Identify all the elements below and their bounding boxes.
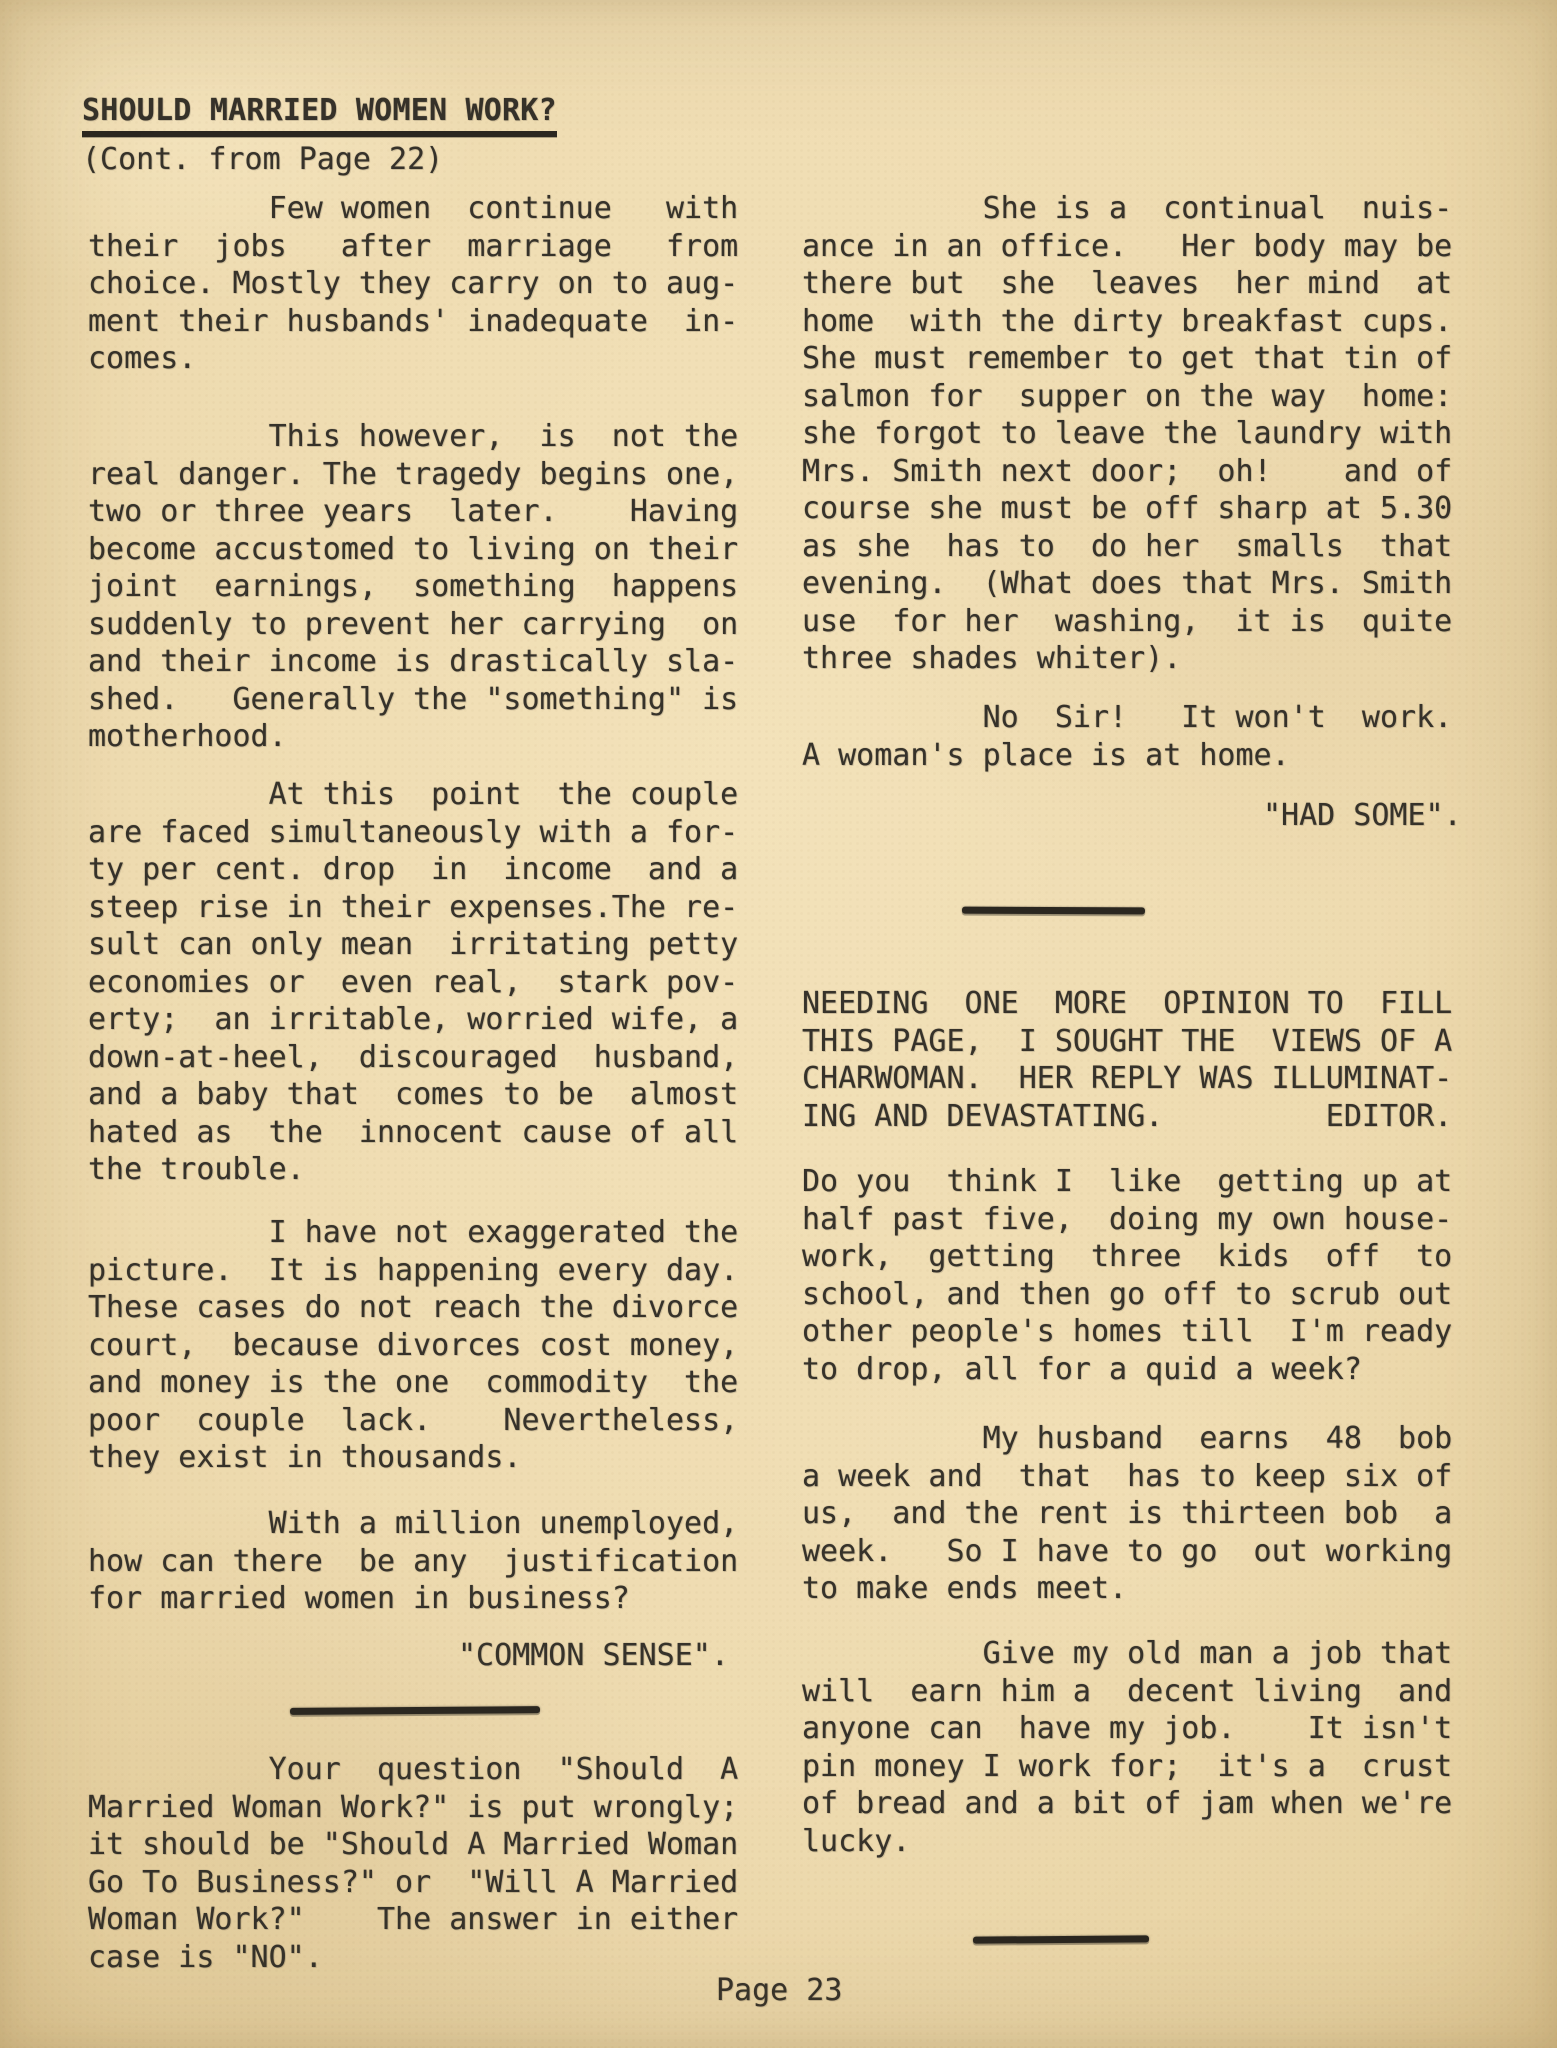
article-title: SHOULD MARRIED WOMEN WORK? [82, 92, 557, 137]
signature-common-sense: "COMMON SENSE". [458, 1637, 729, 1675]
paragraph: She is a continual nuis- ance in an offi… [802, 190, 1452, 678]
editor-note: NEEDING ONE MORE OPINION TO FILL THIS PA… [802, 985, 1452, 1135]
section-divider [973, 1935, 1149, 1943]
paragraph: Do you think I like getting up at half p… [802, 1163, 1452, 1388]
paragraph: My husband earns 48 bob a week and that … [802, 1420, 1452, 1608]
article-header: SHOULD MARRIED WOMEN WORK? (Cont. from P… [82, 92, 557, 178]
paragraph: This however, is not the real danger. Th… [88, 418, 738, 756]
continuation-note: (Cont. from Page 22) [82, 141, 557, 179]
paragraph: Your question "Should A Married Woman Wo… [88, 1751, 738, 1976]
paragraph: At this point the couple are faced simul… [88, 776, 738, 1189]
paragraph: I have not exaggerated the picture. It i… [88, 1214, 738, 1477]
paragraph: No Sir! It won't work. A woman's place i… [802, 699, 1452, 774]
section-divider [290, 1706, 540, 1715]
scanned-page: SHOULD MARRIED WOMEN WORK? (Cont. from P… [0, 0, 1557, 2048]
section-divider [962, 907, 1145, 915]
paragraph: With a million unemployed, how can there… [88, 1505, 738, 1618]
page-number: Page 23 [716, 1972, 842, 2010]
paragraph: Few women continue with their jobs after… [88, 190, 738, 378]
signature-had-some: "HAD SOME". [1263, 797, 1462, 835]
paragraph: Give my old man a job that will earn him… [802, 1635, 1452, 1860]
